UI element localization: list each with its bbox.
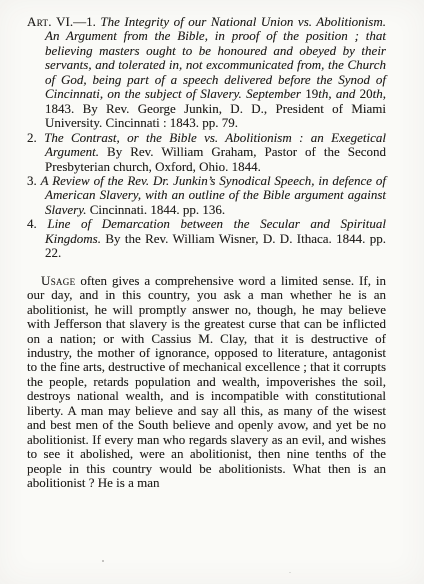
text-segment: often gives a comprehensive word a limit…	[27, 273, 386, 490]
text-segment: 3.	[27, 173, 41, 188]
text-segment: th, and	[318, 86, 359, 101]
scan-speck	[289, 572, 291, 573]
text-segment: th,	[373, 86, 386, 101]
scan-speck	[102, 560, 104, 562]
reference-item-4: 4. Line of Demarcation between the Secul…	[27, 217, 386, 260]
text-segment: Cincinnati. 1844. pp. 136.	[87, 202, 226, 217]
text-segment: 4.	[27, 216, 47, 231]
scanned-journal-page: Art. VI.—1. The Integrity of our Nationa…	[0, 0, 424, 584]
text-segment: 1843. By Rev. George Junkin, D. D., Pres…	[45, 101, 386, 130]
text-segment: 20	[360, 86, 373, 101]
reference-item-1: Art. VI.—1. The Integrity of our Nationa…	[27, 15, 386, 131]
text-segment: 19	[305, 86, 318, 101]
text-segment: Usage	[41, 273, 75, 288]
text-segment: 2.	[27, 130, 44, 145]
article-reference-list: Art. VI.—1. The Integrity of our Nationa…	[27, 15, 386, 261]
reference-item-2: 2. The Contrast, or the Bible vs. Abolit…	[27, 131, 386, 174]
reference-item-3: 3. A Review of the Rev. Dr. Junkin’s Syn…	[27, 174, 386, 217]
text-segment: Art.	[27, 14, 52, 29]
body-paragraph: Usage often gives a comprehensive word a…	[27, 274, 386, 491]
text-segment: VI.—1.	[52, 14, 101, 29]
